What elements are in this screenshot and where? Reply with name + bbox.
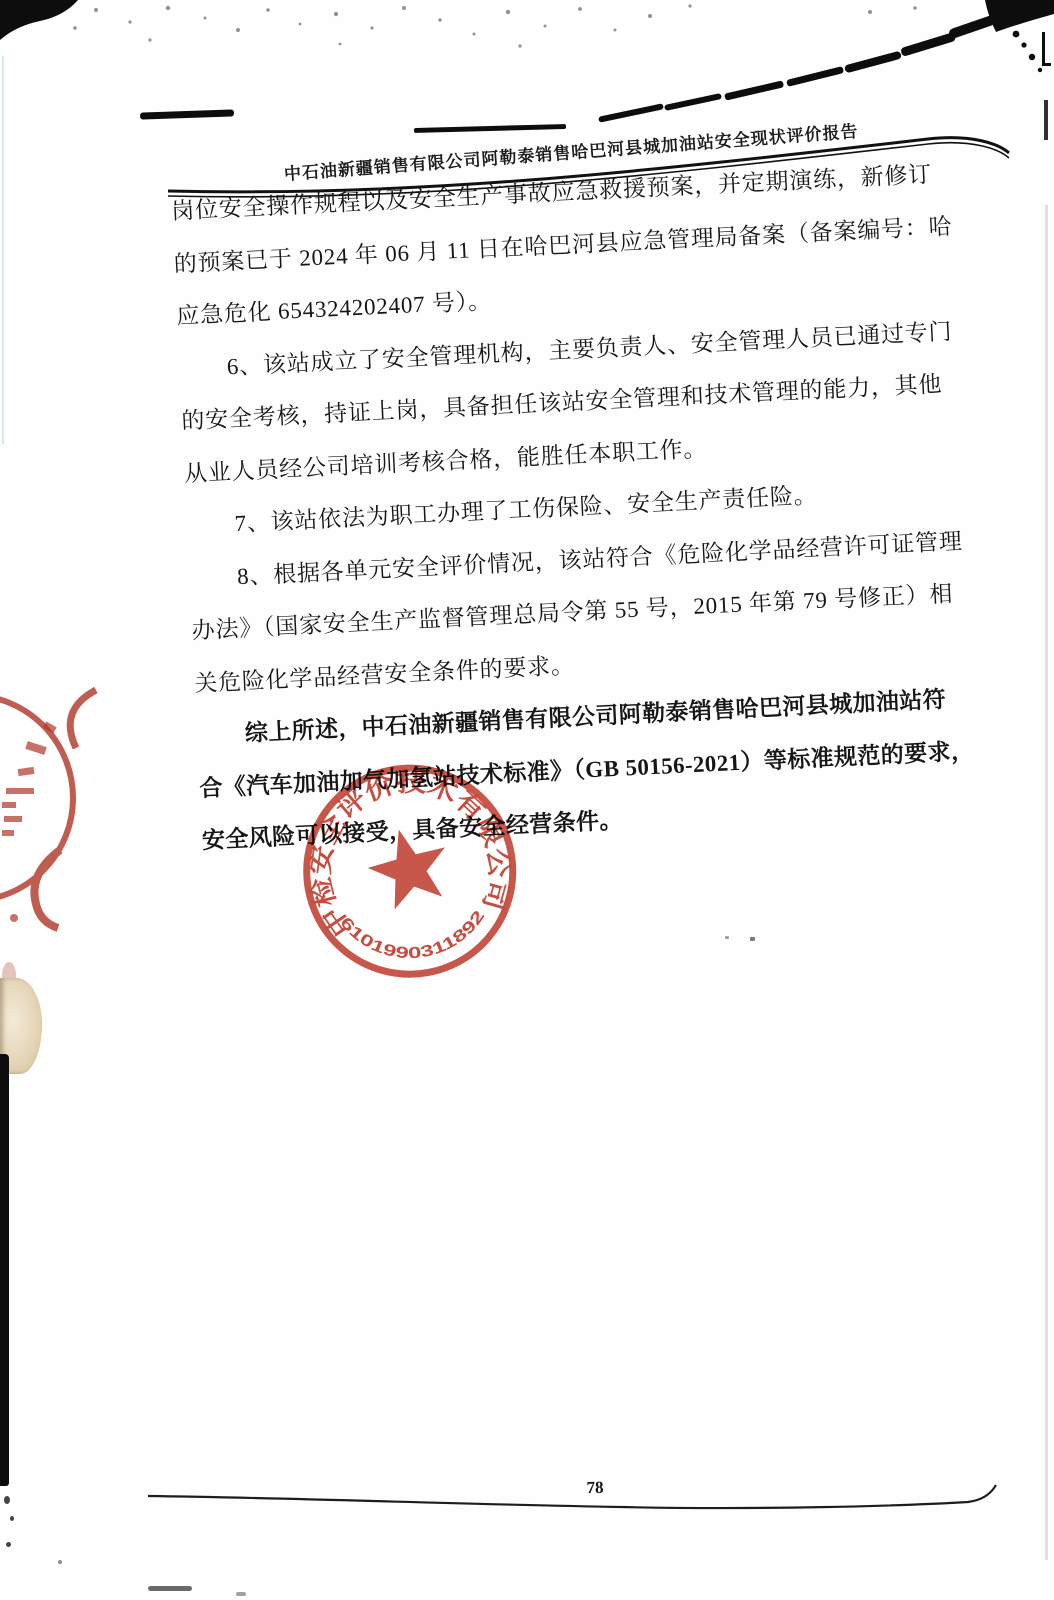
seal-star-icon: [365, 826, 450, 912]
scanned-report-page: 中石油新疆销售有限公司阿勒泰销售哈巴河县城加油站安全现状评价报告 岗位安全操作规…: [0, 0, 1054, 1600]
partial-seal-left-margin: [0, 668, 120, 938]
scan-speck: [236, 1592, 246, 1596]
scan-speck: [58, 1560, 62, 1564]
scan-spine-shadow-left: [0, 1054, 9, 1486]
scan-speck: [750, 937, 755, 941]
company-seal: 中检安全评价技术有限公司 6101990311892: [284, 744, 540, 1004]
scan-speck: [725, 936, 729, 939]
footer-rule: [0, 1440, 1054, 1540]
page-number: 78: [575, 1478, 615, 1499]
report-body: 岗位安全操作规程以及安全生产事故应急救援预案，并定期演练，新修订 的预案已于 2…: [170, 146, 1026, 868]
scan-streak-right: [1045, 205, 1048, 1560]
scan-speck: [6, 1542, 11, 1547]
scan-speck: [148, 1586, 192, 1591]
